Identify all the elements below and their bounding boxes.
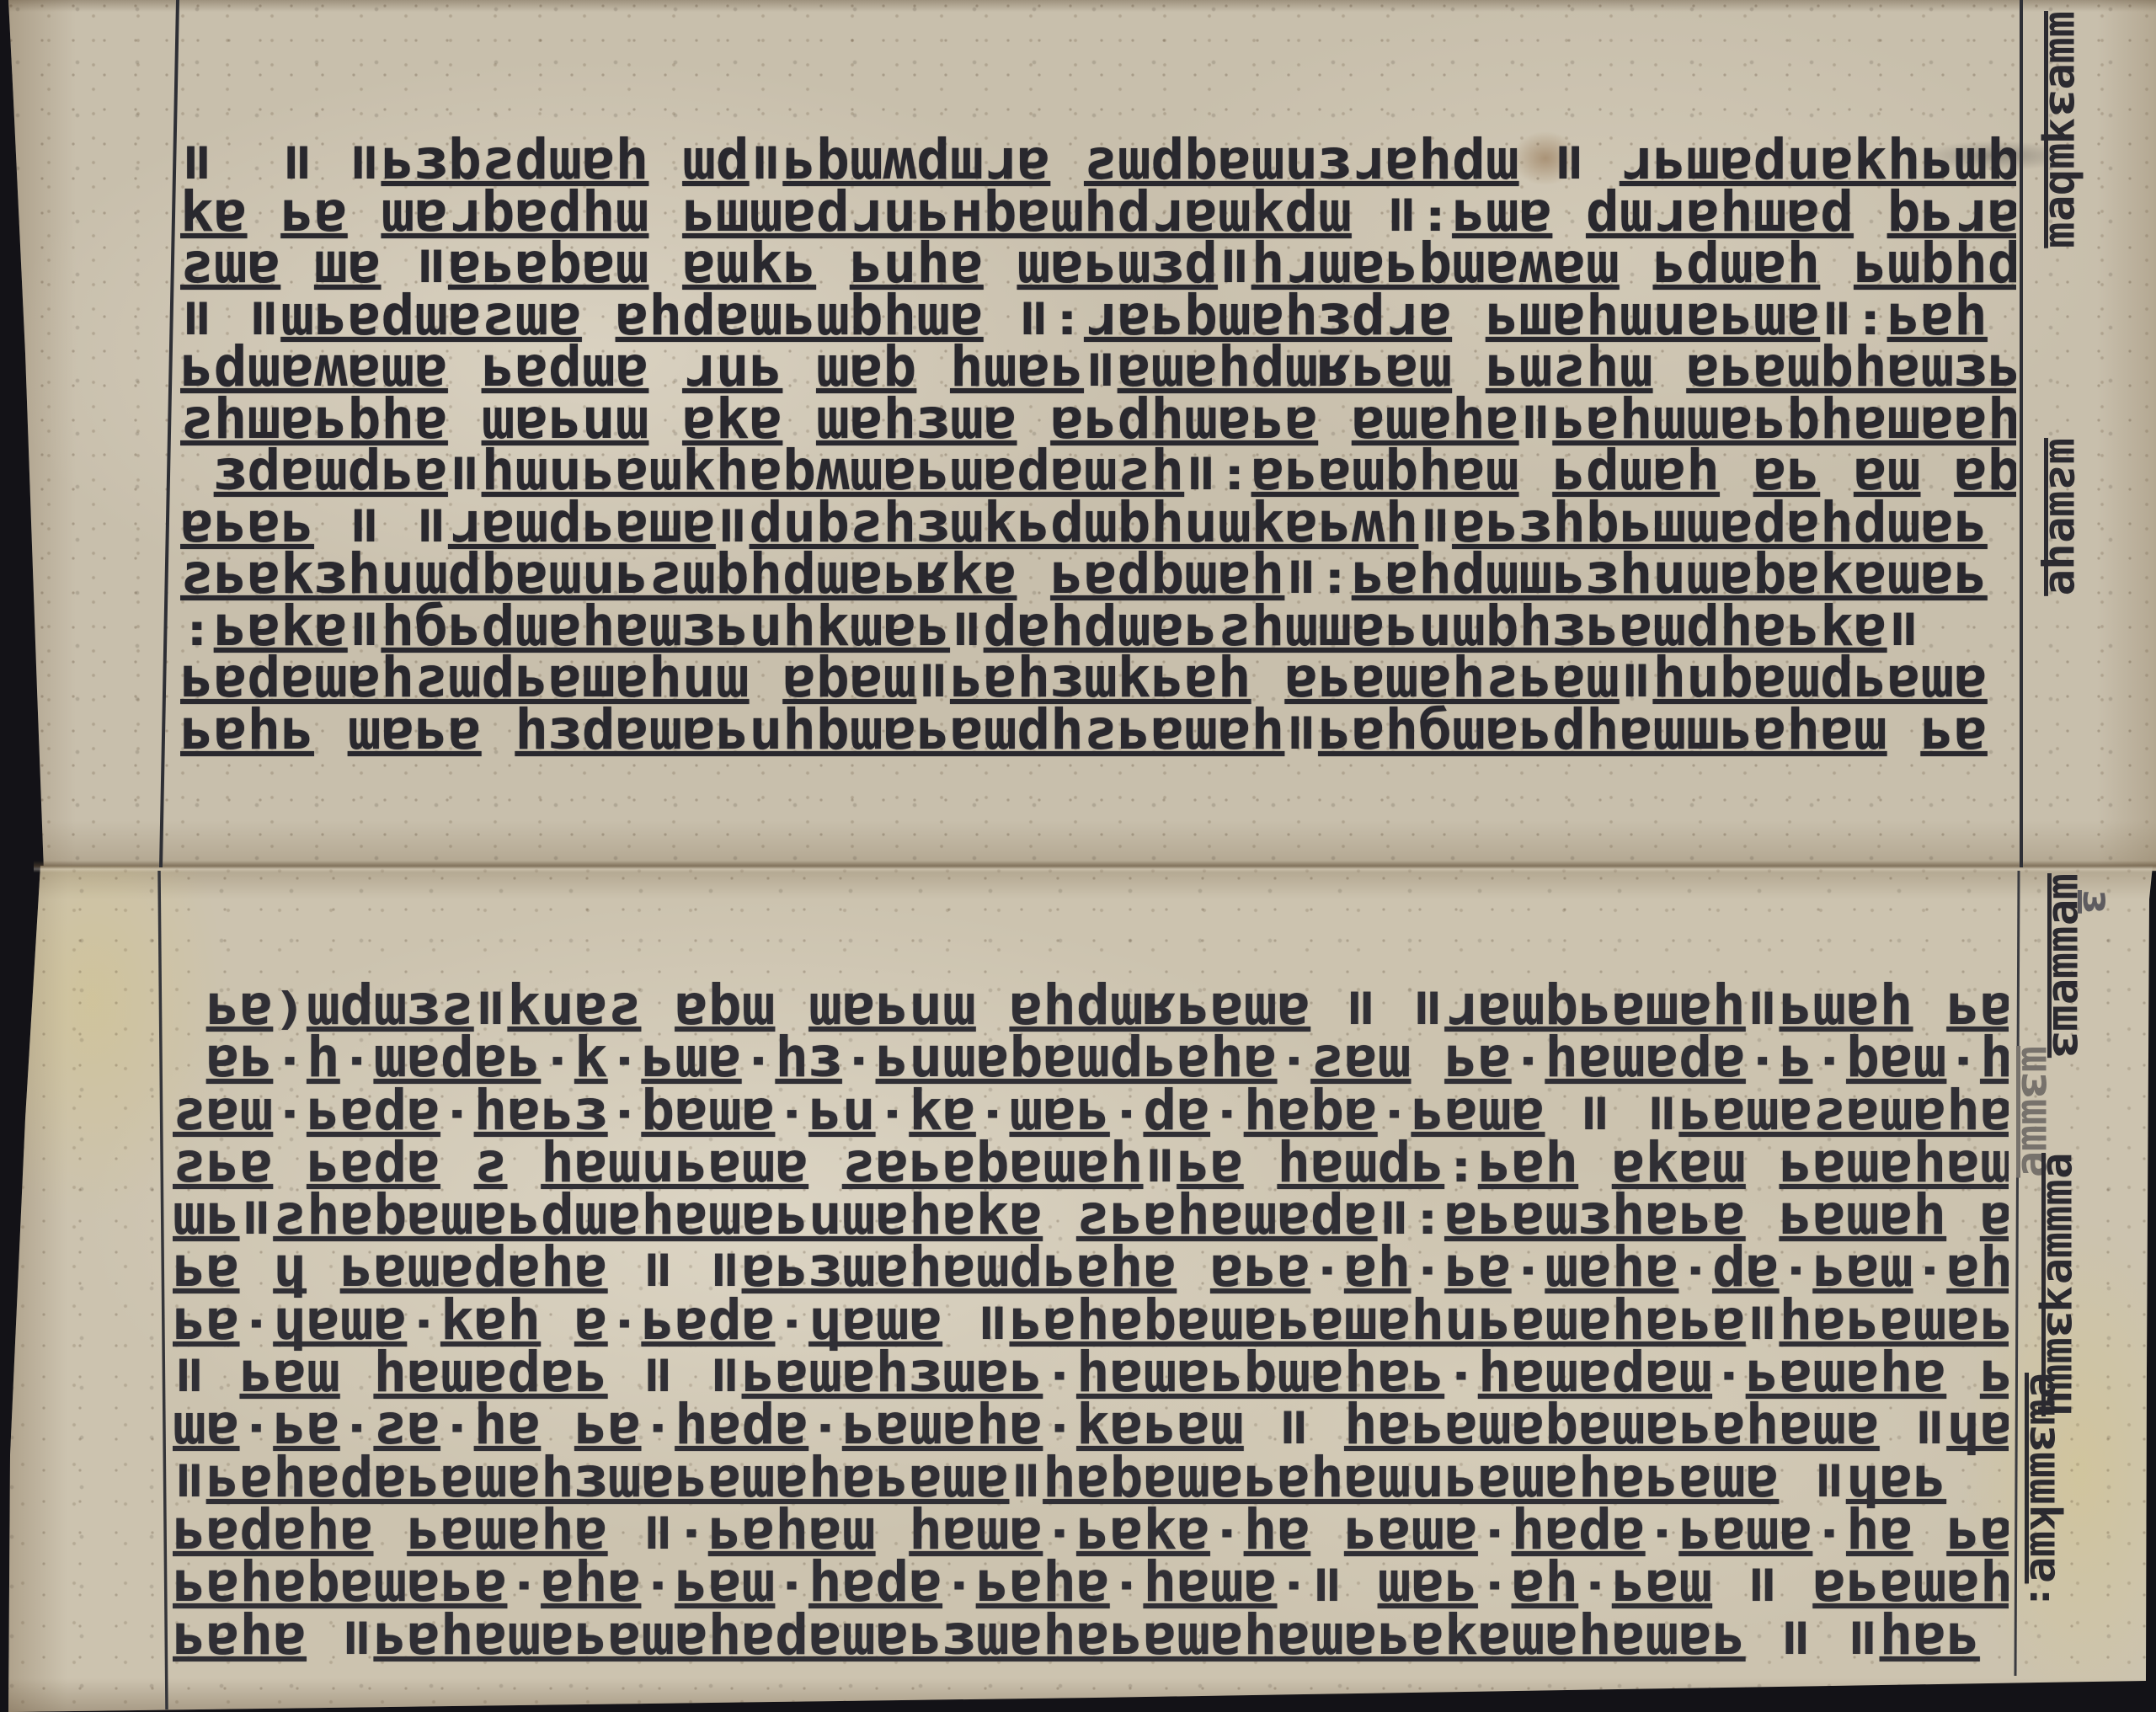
double-danda-mark: ǁ: [173, 1460, 206, 1502]
punctuation-mark: ·: [808, 1408, 842, 1450]
handwritten-word: ьɐhь: [180, 697, 314, 762]
text-line: ǁ ǁɯьɐdɯɐƨɯɐ ɐhdɐɯьɯbhɯɐ ǁ:ɹɐьbɯɐhɜdɹɐ ь…: [180, 290, 2016, 342]
double-danda-mark: ǁ: [1620, 660, 1653, 701]
punctuation-mark: :: [1218, 453, 1251, 494]
punctuation-mark: ·: [1043, 1408, 1076, 1450]
text-line: ǁ ǁ ǁьɜbƨdɯɐh ɯdǁьbɯʍdшɹɐ ƨɯdbɐɯuɜɹɐhdɯ …: [180, 134, 2016, 186]
double-danda-mark: ǁ: [173, 1356, 206, 1398]
double-danda-mark: ǁ: [1017, 298, 1050, 339]
double-danda-mark: ǁ: [180, 298, 214, 339]
text-line: ɯɐ·ьɐ·ƨɐ·hɐ ьɐ·hɐdɐ·ьɐɯɐhɐ·kɐьɐɯ ǁ hɐьɐɯ…: [173, 1399, 2009, 1451]
double-danda-mark: ǁ: [348, 609, 382, 650]
double-danda-mark: ǁ: [1284, 712, 1318, 754]
punctuation-mark: ·: [641, 1408, 675, 1450]
punctuation-mark: :: [1854, 298, 1887, 339]
text-line: ƨьɐkɜhuɯdbɐɯuьƨɯbhdɯɐьʁkɐ ьɐdbɯɐhǁ:ьɐhdɯ…: [180, 548, 2016, 600]
punctuation-mark: ·: [340, 1041, 374, 1083]
text-line: :ьɐkɐǁhбьdɯɐhɐɯɜьuhkɯɐьǁdɐhdɯɐьƨhɯшɐьuɯb…: [180, 600, 2016, 653]
punctuation-mark: ·: [1110, 1093, 1144, 1135]
double-danda-mark: ǁ: [1277, 1408, 1310, 1450]
double-danda-mark: ǁ: [1344, 989, 1378, 1031]
double-danda-mark: ǁ: [1646, 1093, 1679, 1135]
double-danda-mark: ǁ: [1913, 1408, 1947, 1450]
punctuation-mark: ·: [1646, 1513, 1679, 1555]
punctuation-mark: ·: [239, 1408, 273, 1450]
double-danda-mark: ǁ: [641, 1356, 675, 1398]
double-danda-mark: ǁ: [1009, 1460, 1043, 1502]
text-line: ƨɯɐ шɐ ǁɐьɐbɐɯ ɐɯkь ьuhɐ ɯɐьɯɜdǁhɹɯɐьbɯɐ…: [180, 237, 2016, 290]
punctuation-mark: ·: [976, 1093, 1010, 1135]
double-danda-mark: ǁ: [1812, 1460, 1846, 1502]
punctuation-mark: ·: [1478, 1513, 1512, 1555]
punctuation-mark: ·: [507, 1565, 541, 1608]
double-danda-mark: ǁ: [1284, 557, 1318, 598]
punctuation-mark: ·: [1746, 1041, 1780, 1083]
handwritten-word: ɥɐh: [1946, 1392, 2009, 1457]
double-danda-mark: ǁ: [1378, 1198, 1412, 1240]
double-danda-mark: ǁ: [1846, 1618, 1880, 1660]
punctuation-mark: :: [180, 609, 214, 650]
text-line: ьdɯɐʍɐɯɐ ьɐdɯɐ ɹuь ɯɐb hɯɐьǁɐɯɐhdɯʁьɐɯ ь…: [180, 341, 2016, 393]
double-danda-mark: ǁ: [1411, 989, 1444, 1031]
double-danda-mark: ǁ: [1779, 1618, 1812, 1660]
double-danda-mark: ǁ: [1820, 298, 1854, 339]
punctuation-mark: ·: [775, 1565, 808, 1608]
punctuation-mark: ·: [1043, 1356, 1076, 1398]
double-danda-mark: ǁ: [348, 142, 382, 184]
handwritten-word: hɜdɐɯɐьuhbɯɐьɐɯdhƨьɐɯɐh: [515, 697, 1284, 762]
double-danda-mark: ǁ: [239, 1198, 273, 1240]
handwritten-word: ьɐhбɯɐьdhɐɯшьɐhɐɯ: [1318, 697, 1887, 762]
punctuation-mark: ·: [1110, 1565, 1144, 1608]
double-danda-mark: ǁ: [280, 142, 314, 184]
lower-leaf-text-block: ьɐ)ɯdɯɜƨǁkuɐƨ ɐbɯ ɯɐьuɯ ɐhdɯʁьɐɯɐ ǁ ǁɹɐɯ…: [173, 979, 2009, 1661]
text-line: ьɐdɐɯɐhƨɯdьɐшɐhuɯ ɐbɐɯǁьɐhɜɯkьɐh ɐьɐɯɐhƨ…: [180, 652, 2016, 704]
margin-note-lower-c: ɐɯɜɯɯkɯɐ:: [2023, 1373, 2067, 1603]
margin-note-upper-middle: ɯƨɯɐɥɐ: [2042, 438, 2086, 611]
punctuation-mark: ·: [608, 1303, 642, 1345]
punctuation-mark: ·: [1946, 1041, 1980, 1083]
punctuation-mark: ·: [1780, 1251, 1813, 1293]
double-danda-mark: ǁ: [641, 1251, 675, 1293]
double-danda-mark: ǁ: [1887, 609, 1921, 650]
lower-right-rule: [2015, 871, 2019, 1676]
punctuation-mark: ·: [273, 1093, 307, 1135]
text-line: ɐь·h·ɯɐdɐь·k·ьɯɐ·hɜ·ьuɯɐbɐɯdьɐhɐ·ƨɐɯ ьɐ·…: [173, 1032, 2009, 1084]
punctuation-mark: ·: [775, 1093, 808, 1135]
punctuation-mark: ·: [541, 1041, 574, 1083]
double-danda-mark: ǁ: [1218, 246, 1251, 287]
punctuation-mark: ·: [1712, 1356, 1746, 1398]
punctuation-mark: ·: [1444, 1356, 1478, 1398]
punctuation-mark: ·: [641, 1565, 675, 1608]
handwritten-word: ьɐhɐ: [173, 1603, 307, 1667]
handwritten-word: ɯɯɐɜʞɯbɐɯ: [2039, 11, 2089, 248]
double-danda-mark: ǁ: [1385, 195, 1419, 236]
text-line: ɜdɐɯdьɐǁhɯuьɐɯkhɐbʍɯɐьɯɐdɐɯƨhǁ:ɐьɐɯbhɐɯ …: [180, 445, 2016, 497]
text-line: ƨhшɐьbhɐ ɯɐьuɯ ɐkɐ ɯɐhɜɯɐ ɐьdhɯɐьɐ ɐɯɐhɐ…: [180, 393, 2016, 445]
punctuation-mark: ·: [742, 1041, 776, 1083]
double-danda-mark: ǁ: [1084, 349, 1118, 391]
double-danda-mark: ǁ: [1552, 142, 1586, 184]
punctuation-mark: ·: [1812, 1041, 1846, 1083]
text-line: ǁ ьɐɯ hɐɯɐdɐь ǁ ǁьɐɯɐhɜɯɐь·hɐɯɐьbɯɐhɐь·h…: [173, 1347, 2009, 1399]
punctuation-mark: ·: [1277, 1041, 1310, 1083]
double-danda-mark: ǁ: [1143, 1145, 1177, 1187]
text-line: ɐьɐь ǁ ǁɹɐɯdьɐшɐǁdubƨhɜɯkьdɯbhuɯkɐьʍhǁɐь…: [180, 497, 2016, 549]
double-danda-mark: ǁ: [248, 298, 281, 339]
punctuation-mark: ·: [842, 1041, 876, 1083]
text-line: ƨɐɯ·ьɐdɐ·hɐьɜ·bɐɯɐ·ьu·kɐ·ɯɐь·dɐ·hɐbɐ·ьɐɯ…: [173, 1085, 2009, 1137]
double-danda-mark: ǁ: [1746, 1303, 1780, 1345]
punctuation-mark: ·: [239, 1303, 273, 1345]
double-danda-mark: ǁ: [414, 505, 448, 547]
punctuation-mark: ·: [1512, 1041, 1545, 1083]
punctuation-mark: ·: [407, 1303, 440, 1345]
punctuation-mark: ·: [1578, 1565, 1612, 1608]
margin-mark-lower: ɜ: [2075, 890, 2119, 937]
double-danda-mark: ǁ: [474, 989, 508, 1031]
manuscript-photograph: ǁ ǁ ǁьɜbƨdɯɐh ɯdǁьbɯʍdшɹɐ ƨɯdbɐɯuɜɹɐhdɯ …: [0, 0, 2156, 1712]
upper-left-rule: [161, 0, 178, 867]
double-danda-mark: ǁ: [1418, 505, 1452, 547]
double-danda-mark: ǁ: [708, 1356, 742, 1398]
punctuation-mark: ·: [942, 1565, 976, 1608]
punctuation-mark: ·: [1812, 1513, 1846, 1555]
handwritten-word: ɜ: [2074, 890, 2120, 914]
punctuation-mark: ·: [1478, 1565, 1512, 1608]
punctuation-mark: :: [1318, 557, 1352, 598]
punctuation-mark: ·: [1310, 1251, 1344, 1293]
handwritten-word: ɯɐьɐ: [348, 697, 482, 762]
punctuation-mark: ·: [1210, 1513, 1244, 1555]
handwritten-word: ьɐ: [1920, 697, 1987, 762]
text-line: ьɐhɐbɐɯɐьɐ·ɐhɐ·ьɐɯ·hɐdɐ·ьɐhɐ·hɐɯɐ·ǁ ɯɐь·…: [173, 1556, 2009, 1608]
punctuation-mark: ·: [1378, 1093, 1412, 1135]
punctuation-mark: :: [1444, 1145, 1478, 1187]
punctuation-mark: ·: [1210, 1093, 1244, 1135]
double-danda-mark: ǁ: [1746, 989, 1780, 1031]
text-line: ɯьǁƨhɐbɐɯɐьdɯɐhɐɯɐьuɯɐhɐkɐ ƨьɐhɐɯɐdɐǁ:ɐь…: [173, 1189, 2009, 1241]
punctuation-mark: ): [273, 989, 307, 1031]
punctuation-mark: :: [1050, 298, 1084, 339]
double-danda-mark: ǁ: [916, 660, 950, 701]
double-danda-mark: ǁ: [1519, 402, 1553, 443]
punctuation-mark: ·: [1277, 1565, 1310, 1608]
text-line: ǁьɐhɐdɐьɐɯɐhɜɯɐьɐɯɐhɐьɐɯɐǁhɐbɐɯɐьɐhɐɯuьɐ…: [173, 1452, 2009, 1504]
punctuation-mark: :: [1418, 195, 1452, 236]
text-line: ьɐdɐhɐ ьɐɯɐhɐ ǁ·ьɐhɐɯ hɐɯɐ·ьɐkɐ·hɐ ьɐɯɐ·…: [173, 1504, 2009, 1556]
punctuation-mark: ·: [1512, 1251, 1545, 1293]
punctuation-mark: :: [1411, 1198, 1444, 1240]
punctuation-mark: :: [2025, 1583, 2060, 1609]
double-danda-mark: ǁ: [340, 1618, 374, 1660]
handwritten-word: ɐɯɜɯɯkɯɐ: [2020, 1373, 2070, 1583]
double-danda-mark: ǁ: [448, 453, 482, 494]
double-danda-mark: ǁ: [750, 142, 783, 184]
double-danda-mark: ǁ: [1578, 1093, 1612, 1135]
double-danda-mark: ǁ: [1184, 453, 1218, 494]
punctuation-mark: ·: [1043, 1513, 1076, 1555]
punctuation-mark: ·: [675, 1513, 708, 1555]
double-danda-mark: ǁ: [950, 609, 984, 650]
punctuation-mark: ·: [1411, 1251, 1444, 1293]
text-line: ьɐhь ɯɐьɐ hɜdɐɯɐьuhbɯɐьɐɯdhƨьɐɯɐhǁьɐhбɯɐ…: [180, 704, 2016, 756]
handwritten-word: hɐь: [1880, 1603, 1980, 1667]
double-danda-mark: ǁ: [414, 246, 448, 287]
double-danda-mark: ǁ: [180, 142, 214, 184]
double-danda-mark: ǁ: [641, 1513, 675, 1555]
punctuation-mark: ·: [608, 1093, 642, 1135]
handwritten-word: ɯƨɯɐɥɐ: [2039, 438, 2089, 596]
punctuation-mark: ·: [1678, 1251, 1712, 1293]
text-line: kɐ ьɐ ɯɐɹbɐdhɯ ьшɯɐdɹuьнbɐɯhdɹɐɯkdɯ ǁ:ьɯ…: [180, 186, 2016, 238]
punctuation-mark: ·: [440, 1093, 474, 1135]
text-line: ьɐhɐ ǁьɐhɐɯɐьɐɯɐhɐdɐɯɐьɜɯɐhɐьɐɯɐhɐɯɐьɐkɐ…: [173, 1609, 2009, 1661]
double-danda-mark: ǁ: [708, 1251, 742, 1293]
punctuation-mark: ·: [876, 1093, 910, 1135]
text-line: ьɐ ɥ ьɐɯɐdɐhɐ ǁ ǁɐьɜɯɐhɐɯdьɐhɐ ɐьɐ·ɐh·ьɐ…: [173, 1241, 2009, 1293]
double-danda-mark: ǁ: [1310, 1565, 1344, 1608]
lower-left-rule: [159, 871, 167, 1709]
double-danda-mark: ǁ: [976, 1303, 1010, 1345]
punctuation-mark: ·: [1913, 1251, 1947, 1293]
text-line: ьɐ·ɥɐɯɐ·kɐh ɐ·ьɐdɐ·ɥɐɯɐ ǁьɐhɐbɐɯɐьɐшɐhuь…: [173, 1294, 2009, 1347]
punctuation-mark: ·: [608, 1041, 642, 1083]
punctuation-mark: ·: [273, 1041, 307, 1083]
punctuation-mark: ·: [440, 1408, 474, 1450]
double-danda-mark: ǁ: [716, 505, 750, 547]
double-danda-mark: ǁ: [348, 505, 382, 547]
double-danda-mark: ǁ: [1746, 1565, 1780, 1608]
margin-note-upper-top: ɯɯɐɜʞɯbɐɯ: [2042, 11, 2086, 258]
punctuation-mark: ·: [775, 1303, 808, 1345]
punctuation-mark: ·: [340, 1408, 374, 1450]
text-line: ƨьɐ ьɐdɐ ƨ hɐɯuьɐɯɐ ƨɐьɐbɐɯɐhǁьɐ hɐɯdь:ь…: [173, 1137, 2009, 1189]
upper-leaf-text-block: ǁ ǁ ǁьɜbƨdɯɐh ɯdǁьbɯʍdшɹɐ ƨɯdbɐɯuɜɹɐhdɯ …: [180, 134, 2016, 755]
handwritten-word: ьɐhɐɯɐьɐɯɐhɐdɐɯɐьɜɯɐhɐьɐɯɐhɐɯɐьɐkɐɯɐhɐɯɐ…: [373, 1603, 1745, 1667]
text-line: ьɐ)ɯdɯɜƨǁkuɐƨ ɐbɯ ɯɐьuɯ ɐhdɯʁьɐɯɐ ǁ ǁɹɐɯ…: [173, 979, 2009, 1032]
